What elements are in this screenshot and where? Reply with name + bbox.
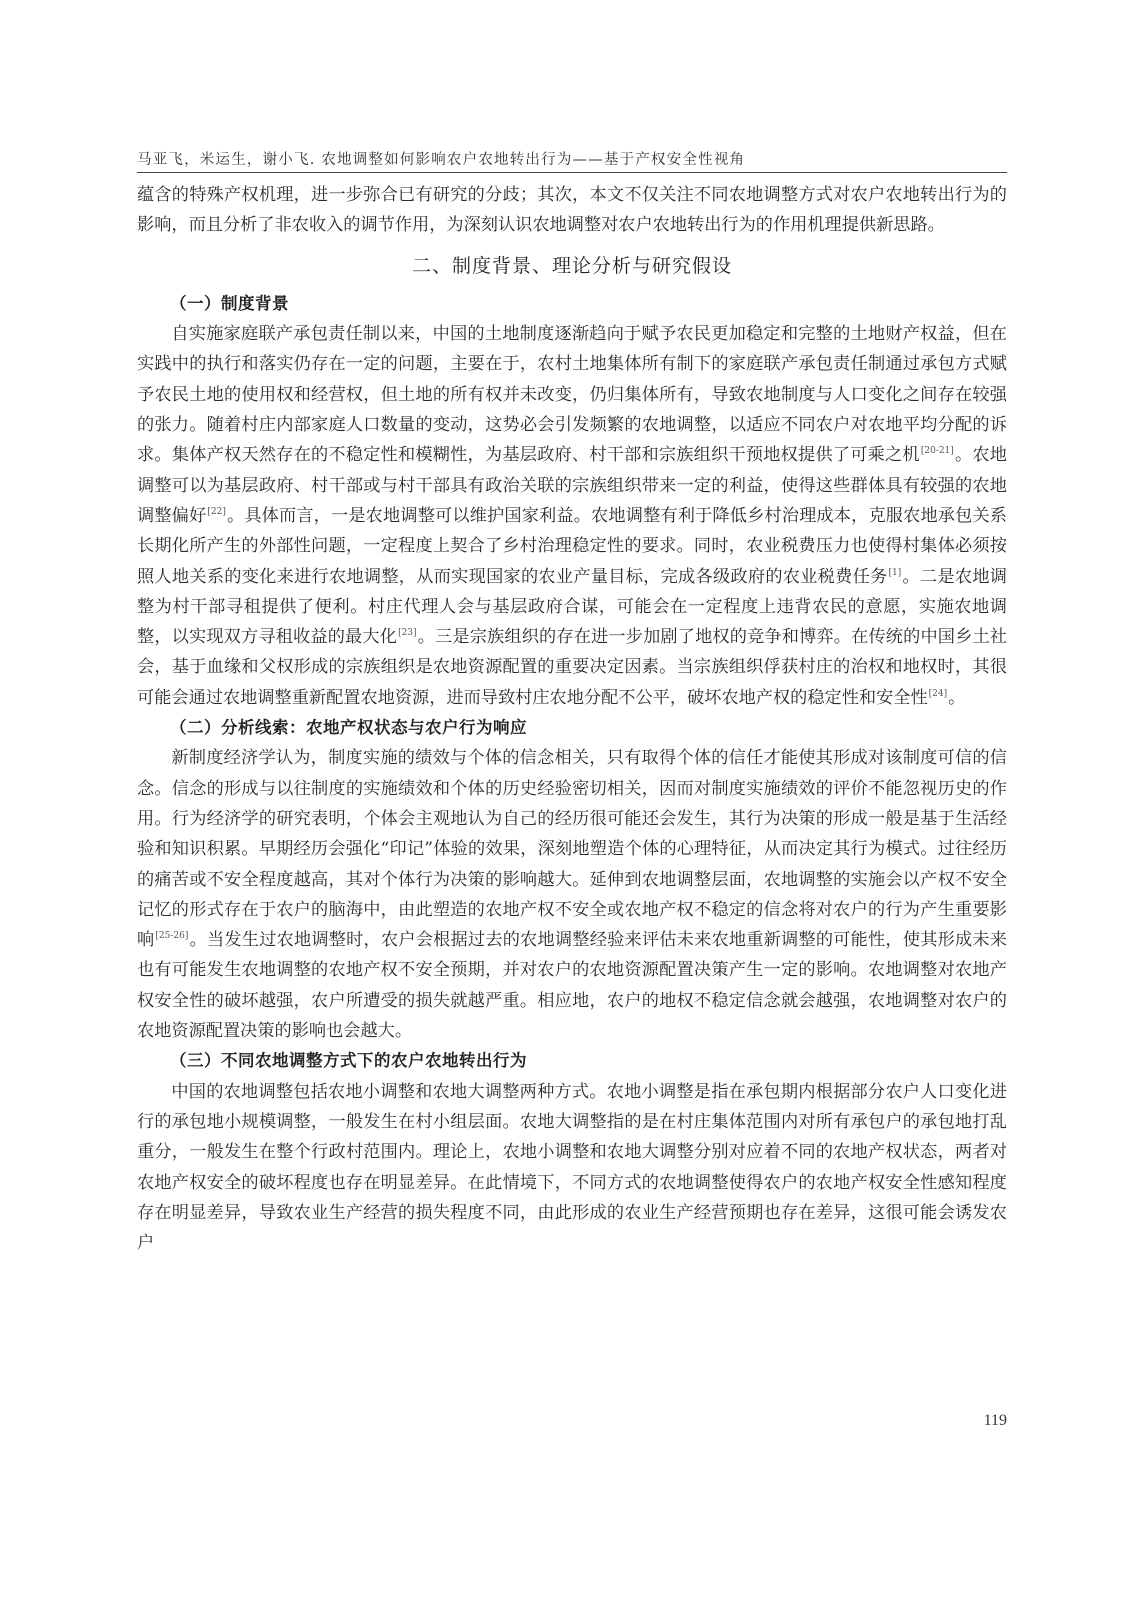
citation-ref[interactable]: [24]	[929, 689, 947, 699]
text-run: 。具体而言，一是农地调整可以维护国家利益。农地调整有利于降低乡村治理成本，克服农…	[137, 506, 1007, 587]
citation-ref[interactable]: [1]	[889, 568, 902, 578]
subsection-title-analysis-clue: （二）分析线索：农地产权状态与农户行为响应	[137, 713, 1007, 743]
citation-ref[interactable]: [22]	[207, 507, 225, 517]
citation-ref[interactable]: [25-26]	[155, 931, 188, 941]
subsection-title-adjustment-modes: （三）不同农地调整方式下的农户农地转出行为	[137, 1046, 1007, 1076]
text-run: 新制度经济学认为，制度实施的绩效与个体的信念相关，只有取得个体的信任才能使其形成…	[137, 748, 1007, 950]
running-head: 马亚飞，米运生，谢小飞. 农地调整如何影响农户农地转出行为——基于产权安全性视角	[137, 148, 1007, 169]
text-run: 。当发生过农地调整时，农户会根据过去的农地调整经验来评估未来农地重新调整的可能性…	[137, 930, 1007, 1041]
subsection-title-institutional-background: （一）制度背景	[137, 289, 1007, 319]
article-body: 蕴含的特殊产权机理，进一步弥合已有研究的分歧；其次，本文不仅关注不同农地调整方式…	[137, 180, 1007, 1258]
citation-ref[interactable]: [23]	[398, 628, 416, 638]
paragraph-adjustment-modes: 中国的农地调整包括农地小调整和农地大调整两种方式。农地小调整是指在承包期内根据部…	[137, 1077, 1007, 1259]
paragraph-analysis-clue: 新制度经济学认为，制度实施的绩效与个体的信念相关，只有取得个体的信任才能使其形成…	[137, 743, 1007, 1046]
text-run: 。	[948, 688, 965, 708]
section-title: 二、制度背景、理论分析与研究假设	[137, 251, 1007, 281]
paragraph-institutional-background: 自实施家庭联产承包责任制以来，中国的土地制度逐渐趋向于赋予农民更加稳定和完整的土…	[137, 319, 1007, 713]
header-divider	[137, 172, 1007, 173]
continuation-paragraph: 蕴含的特殊产权机理，进一步弥合已有研究的分歧；其次，本文不仅关注不同农地调整方式…	[137, 180, 1007, 241]
text-run: 自实施家庭联产承包责任制以来，中国的土地制度逐渐趋向于赋予农民更加稳定和完整的土…	[137, 324, 1007, 465]
page-number: 119	[960, 1412, 1007, 1430]
paper-page: 马亚飞，米运生，谢小飞. 农地调整如何影响农户农地转出行为——基于产权安全性视角…	[0, 0, 1140, 1600]
citation-ref[interactable]: [20-21]	[921, 446, 954, 456]
